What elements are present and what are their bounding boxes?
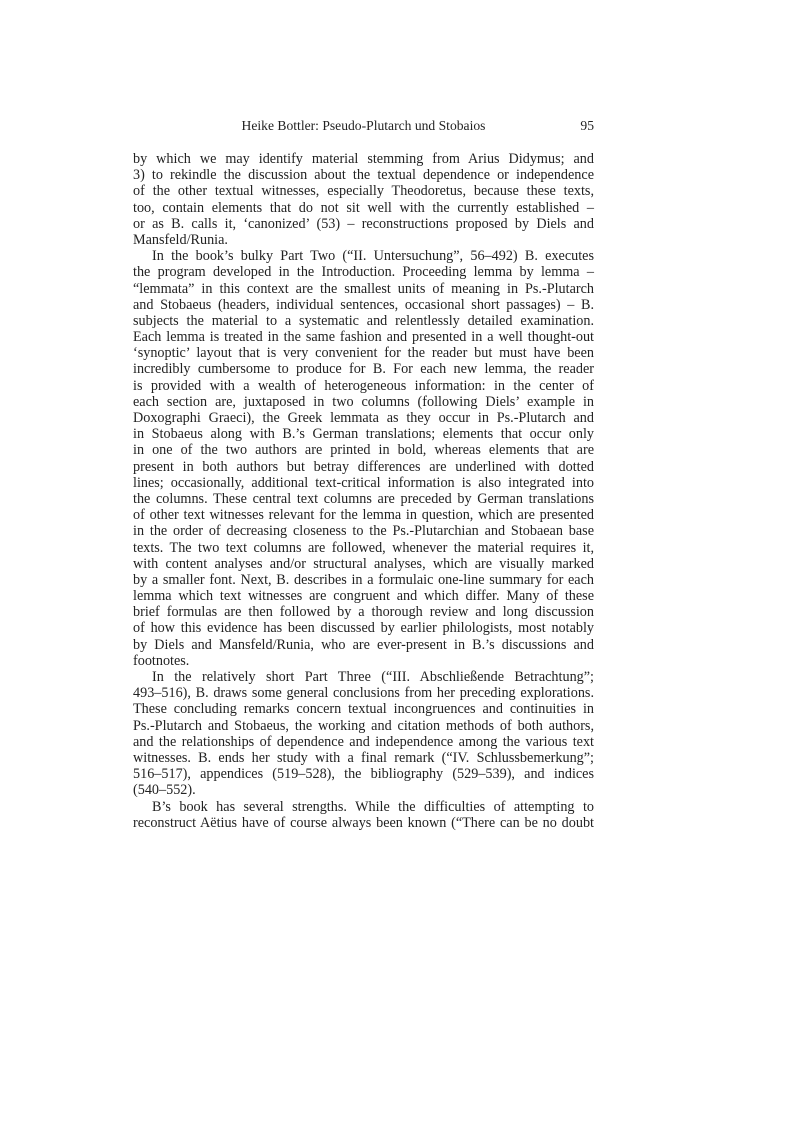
paragraph: by which we may identify material stemmi…: [133, 151, 594, 248]
text-line: incredibly cumbersome to produce for B. …: [133, 361, 594, 377]
running-header: Heike Bottler: Pseudo-Plutarch und Stoba…: [133, 118, 594, 136]
text-line: is provided with a wealth of heterogeneo…: [133, 378, 594, 394]
text-line: These concluding remarks concern textual…: [133, 701, 594, 717]
text-line: brief formulas are then followed by a th…: [133, 604, 594, 620]
text-line: and the relationships of dependence and …: [133, 734, 594, 750]
text-line: footnotes.: [133, 653, 594, 669]
text-line: in the order of decreasing closeness to …: [133, 523, 594, 539]
text-line: the program developed in the Introductio…: [133, 264, 594, 280]
text-line: in Stobaeus along with B.’s German trans…: [133, 426, 594, 442]
document-page: Heike Bottler: Pseudo-Plutarch und Stoba…: [133, 118, 594, 831]
text-line: of how this evidence has been discussed …: [133, 620, 594, 636]
text-line: by Diels and Mansfeld/Runia, who are eve…: [133, 637, 594, 653]
text-line: each section are, juxtaposed in two colu…: [133, 394, 594, 410]
paragraph: B’s book has several strengths. While th…: [133, 799, 594, 831]
text-line: 516–517), appendices (519–528), the bibl…: [133, 766, 594, 782]
text-line: texts. The two text columns are followed…: [133, 540, 594, 556]
text-line: and Stobaeus (headers, individual senten…: [133, 297, 594, 313]
paragraph: In the book’s bulky Part Two (“II. Unter…: [133, 248, 594, 669]
text-line: B’s book has several strengths. While th…: [133, 799, 594, 815]
text-line: subjects the material to a systematic an…: [133, 313, 594, 329]
text-line: the columns. These central text columns …: [133, 491, 594, 507]
body-text: by which we may identify material stemmi…: [133, 151, 594, 831]
text-line: 493–516), B. draws some general conclusi…: [133, 685, 594, 701]
text-line: ‘synoptic’ layout that is very convenien…: [133, 345, 594, 361]
text-line: witnesses. B. ends her study with a fina…: [133, 750, 594, 766]
text-line: Each lemma is treated in the same fashio…: [133, 329, 594, 345]
text-line: In the relatively short Part Three (“III…: [133, 669, 594, 685]
text-line: of other text witnesses relevant for the…: [133, 507, 594, 523]
text-line: In the book’s bulky Part Two (“II. Unter…: [133, 248, 594, 264]
running-title: Heike Bottler: Pseudo-Plutarch und Stoba…: [133, 118, 594, 134]
text-line: Doxographi Graeci), the Greek lemmata as…: [133, 410, 594, 426]
text-line: “lemmata” in this context are the smalle…: [133, 281, 594, 297]
text-line: Ps.-Plutarch and Stobaeus, the working a…: [133, 718, 594, 734]
text-line: lines; occasionally, additional text-cri…: [133, 475, 594, 491]
text-line: by which we may identify material stemmi…: [133, 151, 594, 167]
text-line: reconstruct Aëtius have of course always…: [133, 815, 594, 831]
text-line: of the other textual witnesses, especial…: [133, 183, 594, 199]
text-line: too, contain elements that do not sit we…: [133, 200, 594, 216]
paragraph: In the relatively short Part Three (“III…: [133, 669, 594, 799]
text-line: or as B. calls it, ‘canonized’ (53) – re…: [133, 216, 594, 232]
text-line: in one of the two authors are printed in…: [133, 442, 594, 458]
text-line: Mansfeld/Runia.: [133, 232, 594, 248]
text-line: present in both authors but betray diffe…: [133, 459, 594, 475]
page-number: 95: [580, 118, 594, 134]
text-line: (540–552).: [133, 782, 594, 798]
text-line: by a smaller font. Next, B. describes in…: [133, 572, 594, 588]
text-line: lemma which text witnesses are congruent…: [133, 588, 594, 604]
text-line: with content analyses and/or structural …: [133, 556, 594, 572]
text-line: 3) to rekindle the discussion about the …: [133, 167, 594, 183]
